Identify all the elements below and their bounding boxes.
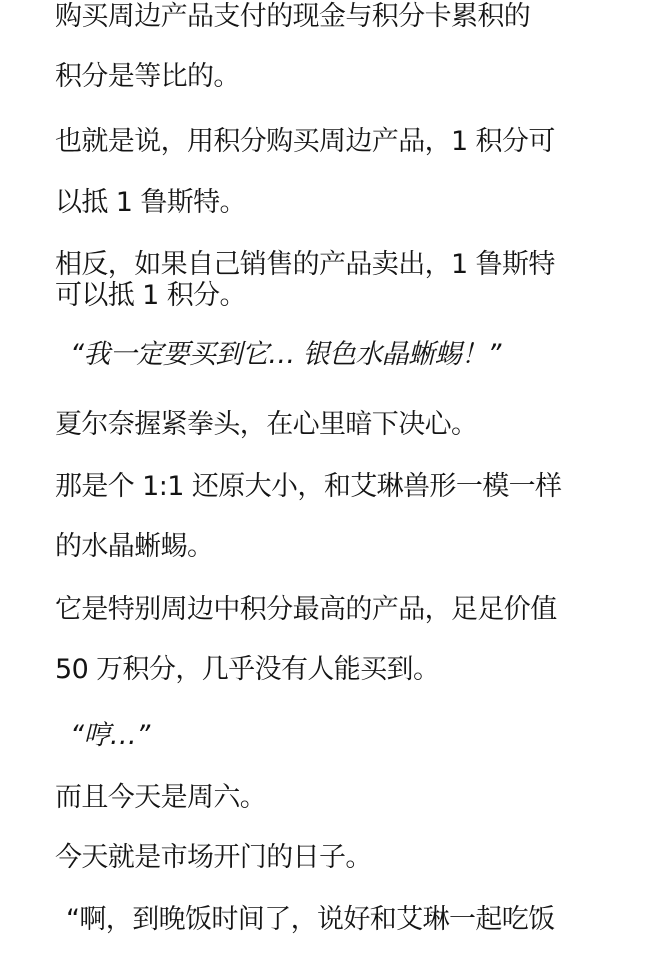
paragraph-line: 而且今天是周六。 (55, 782, 615, 814)
paragraph-line: 那是个 1:1 还原大小，和艾琳兽形一模一样 (55, 471, 615, 503)
paragraph-line: 夏尔奈握紧拳头，在心里暗下决心。 (55, 409, 615, 441)
dialogue-line: “哼…” (70, 720, 630, 752)
paragraph-line: 的水晶蜥蜴。 (55, 531, 615, 563)
paragraph-line: 50 万积分，几乎没有人能买到。 (55, 654, 615, 686)
document-page: 购买周边产品支付的现金与积分卡累积的 积分是等比的。 也就是说，用积分购买周边产… (0, 0, 660, 961)
paragraph-line: 今天就是市场开门的日子。 (55, 842, 615, 874)
paragraph-line: 相反，如果自己销售的产品卖出，1 鲁斯特 (55, 249, 615, 281)
paragraph-line: 也就是说，用积分购买周边产品，1 积分可 (55, 126, 615, 158)
dialogue-line: “啊，到晚饭时间了，说好和艾琳一起吃饭 (66, 904, 626, 936)
paragraph-line: 购买周边产品支付的现金与积分卡累积的 (55, 1, 615, 33)
dialogue-line: “我一定要买到它… 银色水晶蜥蜴！” (70, 339, 630, 371)
paragraph-line: 它是特别周边中积分最高的产品，足足价值 (55, 594, 615, 626)
paragraph-line: 以抵 1 鲁斯特。 (55, 187, 615, 219)
paragraph-line: 积分是等比的。 (55, 61, 615, 93)
paragraph-line: 可以抵 1 积分。 (55, 280, 615, 312)
